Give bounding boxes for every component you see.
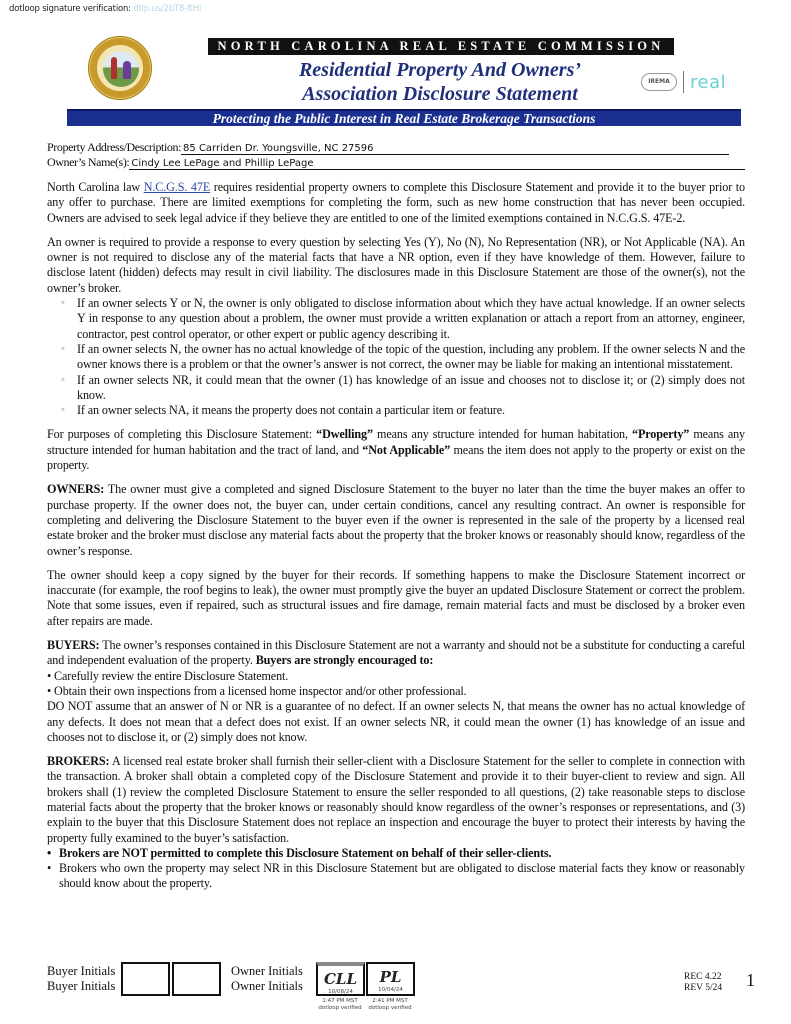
dotloop-verification: dotloop signature verification: dtlp.us/… (9, 4, 201, 14)
property-address-row: Property Address/Description: 85 Carride… (47, 140, 729, 155)
owner1-signature: CLL (318, 970, 363, 988)
list-item: Brokers who own the property may select … (47, 861, 745, 892)
definitions-paragraph: For purposes of completing this Disclosu… (47, 427, 745, 473)
page-number: 1 (746, 970, 755, 991)
list-item: If an owner selects NA, it means the pro… (59, 403, 745, 418)
verification-link[interactable]: dtlp.us/2bT8-ftHi (133, 4, 201, 14)
logo-divider (683, 71, 684, 93)
list-item: If an owner selects N, the owner has no … (59, 342, 745, 373)
brokers-list: Brokers are NOT permitted to complete th… (47, 846, 745, 892)
response-options-list: If an owner selects Y or N, the owner is… (47, 296, 745, 418)
real-logo-icon: real (690, 72, 726, 93)
owners-paragraph: OWNERS: The owner must give a completed … (47, 482, 745, 558)
list-item: If an owner selects NR, it could mean th… (59, 373, 745, 404)
buyers-warning-paragraph: DO NOT assume that an answer of N or NR … (47, 699, 745, 745)
buyer-initials-box-1[interactable] (121, 962, 170, 996)
form-revision: REC 4.22 REV 5/24 (684, 972, 722, 994)
buyers-paragraph: BUYERS: The owner’s responses contained … (47, 638, 745, 669)
owner2-verification: 2:41 PM MST dotloop verified (362, 998, 418, 1011)
commission-banner: NORTH CAROLINA REAL ESTATE COMMISSION (208, 38, 674, 55)
owner2-signature: PL (368, 968, 413, 986)
address-field[interactable]: 85 Carriden Dr. Youngsville, NC 27596 (181, 143, 729, 155)
verification-label: dotloop signature verification: (9, 4, 131, 14)
owner2-date: 10/04/24 (368, 987, 413, 993)
tagline-banner: Protecting the Public Interest in Real E… (67, 109, 741, 126)
ncgs-47e-link[interactable]: N.C.G.S. 47E (144, 180, 210, 194)
owner-initials-labels: Owner Initials Owner Initials (231, 964, 303, 994)
list-item: Brokers are NOT permitted to complete th… (47, 846, 745, 861)
irema-logo-icon: IREMA (641, 73, 677, 91)
intro-paragraph: North Carolina law N.C.G.S. 47E requires… (47, 180, 745, 226)
owner-names-row: Owner’s Name(s): Cindy Lee LePage and Ph… (47, 155, 745, 170)
document-title: Residential Property And Owners’ Associa… (230, 58, 650, 106)
brokers-heading: BROKERS: (47, 754, 109, 768)
owner-initials-box-1[interactable]: CLL 10/08/24 (316, 962, 365, 996)
owner1-verification: 1:47 PM MST dotloop verified (312, 998, 368, 1011)
owners-heading: OWNERS: (47, 482, 104, 496)
nc-seal-icon (88, 36, 152, 100)
brokerage-logos: IREMA real (641, 70, 726, 94)
brokers-paragraph: BROKERS: A licensed real estate broker s… (47, 754, 745, 846)
buyers-heading: BUYERS: (47, 638, 99, 652)
list-item: • Carefully review the entire Disclosure… (47, 669, 745, 684)
owner-initials-box-2[interactable]: PL 10/04/24 (366, 962, 415, 996)
list-item: • Obtain their own inspections from a li… (47, 684, 745, 699)
owners-copy-paragraph: The owner should keep a copy signed by t… (47, 568, 745, 629)
owner1-date: 10/08/24 (318, 989, 363, 995)
list-item: If an owner selects Y or N, the owner is… (59, 296, 745, 342)
initials-footer: Buyer Initials Buyer Initials Owner Init… (47, 962, 787, 1022)
title-line-1: Residential Property And Owners’ (230, 58, 650, 82)
owners-label: Owner’s Name(s): (47, 155, 129, 170)
address-label: Property Address/Description: (47, 140, 181, 155)
owners-field[interactable]: Cindy Lee LePage and Phillip LePage (129, 158, 745, 170)
buyer-initials-labels: Buyer Initials Buyer Initials (47, 964, 115, 994)
response-paragraph: An owner is required to provide a respon… (47, 235, 745, 296)
title-line-2: Association Disclosure Statement (230, 82, 650, 106)
buyer-initials-box-2[interactable] (172, 962, 221, 996)
disclosure-body: North Carolina law N.C.G.S. 47E requires… (47, 180, 745, 892)
